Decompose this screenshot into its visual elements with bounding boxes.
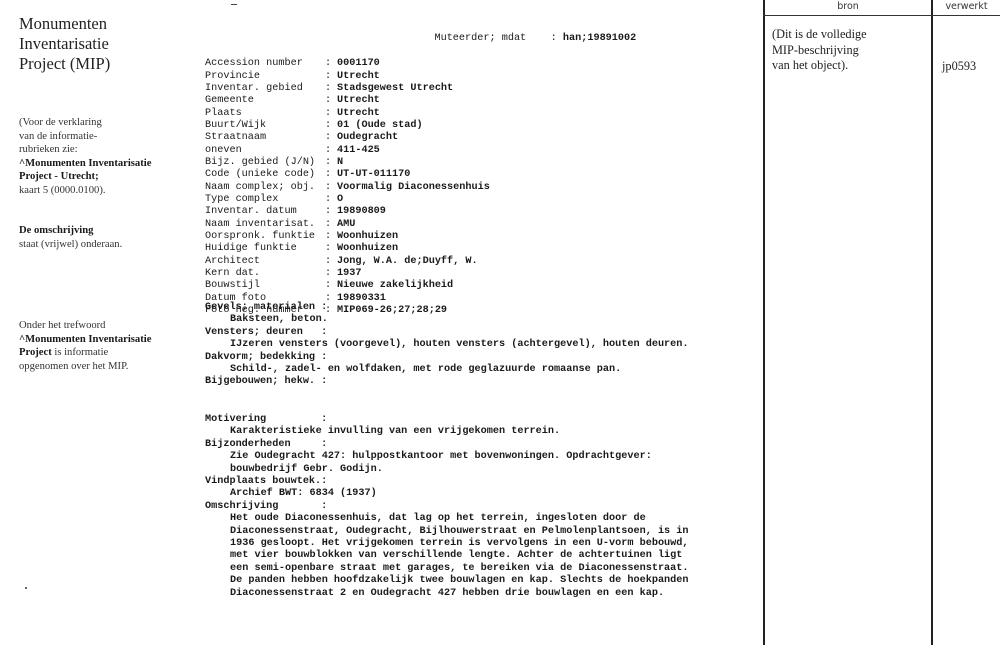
field-value: 0001170 [337,58,380,70]
field-value: Oudegracht [337,132,398,144]
record-fields: Muteerder; mdat : han;19891002 Accession… [205,21,745,330]
section-heading: Omschrijving : [205,501,689,513]
field-separator: : [325,83,337,95]
table-border-left [763,0,765,645]
record-field-row: Straatnaam:Oudegracht [205,132,745,144]
record-field-row: Huidige funktie:Woonhuizen [205,243,745,255]
field-label: Oorspronk. funktie [205,231,325,243]
field-label: Provincie [205,71,325,83]
field-value: 01 (Oude stad) [337,120,423,132]
field-value: Nieuwe zakelijkheid [337,280,453,292]
field-label: Buurt/Wijk [205,120,325,132]
record-field-row: Buurt/Wijk:01 (Oude stad) [205,120,745,132]
field-value: N [337,157,343,169]
document-title: Monumenten Inventarisatie Project (MIP) [19,14,194,74]
materials-sections: Gevels; materialen :Baksteen, beton.Vens… [205,302,689,389]
field-value: Utrecht [337,71,380,83]
dash-mark [231,4,237,5]
field-separator: : [325,280,337,292]
field-value: Stadsgewest Utrecht [337,83,453,95]
field-value: 411-425 [337,145,380,157]
field-separator: : [325,231,337,243]
record-field-row: Code (unieke code):UT-UT-011170 [205,169,745,181]
section-heading: Vensters; deuren : [205,327,689,339]
section-text: bouwbedrijf Gebr. Godijn. [205,464,689,476]
mutator-field: Muteerder; mdat : han;19891002 [410,21,636,58]
field-value: Utrecht [337,108,380,120]
section-heading: Motivering : [205,414,689,426]
field-label: Inventar. gebied [205,83,325,95]
field-separator: : [325,157,337,169]
section-heading: Vindplaats bouwtek.: [205,476,689,488]
field-label: Code (unieke code) [205,169,325,181]
section-text: De panden hebben hoofdzakelijk twee bouw… [205,575,689,587]
section-heading: Dakvorm; bedekking : [205,352,689,364]
field-label: Naam inventarisat. [205,219,325,231]
field-separator: : [325,243,337,255]
record-field-row: Gemeente:Utrecht [205,95,745,107]
field-label: Architect [205,256,325,268]
field-separator: : [325,206,337,218]
field-value: O [337,194,343,206]
description-sections: Motivering :Karakteristieke invulling va… [205,414,689,600]
field-value: AMU [337,219,355,231]
field-separator: : [325,95,337,107]
field-value: Utrecht [337,95,380,107]
section-text: Diaconessenstraat 2 en Oudegracht 427 he… [205,588,689,600]
section-heading: Gevels; materialen : [205,302,689,314]
field-label: Straatnaam [205,132,325,144]
section-text: IJzeren vensters (voorgevel), houten ven… [205,339,689,351]
section-text: Zie Oudegracht 427: hulppostkantoor met … [205,451,689,463]
field-separator: : [325,182,337,194]
field-label: Huidige funktie [205,243,325,255]
field-label: Naam complex; obj. [205,182,325,194]
field-label: Gemeente [205,95,325,107]
field-value: 19890809 [337,206,386,218]
field-separator: : [325,268,337,280]
left-margin: Monumenten Inventarisatie Project (MIP) … [19,14,194,74]
section-text: Diaconessenstraat, Oudegracht, Bijlhouwe… [205,526,689,538]
field-separator: : [325,58,337,70]
field-label: Plaats [205,108,325,120]
field-separator: : [325,219,337,231]
field-value: UT-UT-011170 [337,169,410,181]
verwerkt-cell: jp0593 [942,59,976,75]
speck-mark [25,587,27,589]
field-label: Type complex [205,194,325,206]
field-label: Bouwstijl [205,280,325,292]
record-field-row: Bijz. gebied (J/N):N [205,157,745,169]
section-text: Archief BWT: 6834 (1937) [205,488,689,500]
column-header-verwerkt: verwerkt [933,1,1000,12]
record-field-row: Inventar. datum:19890809 [205,206,745,218]
field-value: Woonhuizen [337,231,398,243]
field-value: Jong, W.A. de;Duyff, W. [337,256,478,268]
field-value: Woonhuizen [337,243,398,255]
field-separator: : [325,108,337,120]
section-text: 1936 gesloopt. Het vrijgekomen terrein i… [205,538,689,550]
keyword-note: Onder het trefwoord ^Monumenten Inventar… [19,319,151,373]
field-label: oneven [205,145,325,157]
field-label: Bijz. gebied (J/N) [205,157,325,169]
section-heading: Bijgebouwen; hekw. : [205,376,689,388]
section-text: met vier bouwblokken van verschillende l… [205,550,689,562]
table-header-rule [763,15,1000,16]
record-field-row: Bouwstijl:Nieuwe zakelijkheid [205,280,745,292]
field-separator: : [325,145,337,157]
section-heading: Bijzonderheden : [205,439,689,451]
field-label: Accession number [205,58,325,70]
record-field-row: Naam complex; obj.:Voormalig Diaconessen… [205,182,745,194]
bron-cell: (Dit is de volledige MIP-beschrijving va… [772,27,867,74]
field-value: Voormalig Diaconessenhuis [337,182,490,194]
record-field-row: Inventar. gebied:Stadsgewest Utrecht [205,83,745,95]
field-separator: : [325,256,337,268]
reference-link-text: ^Monumenten Inventarisatie [19,158,151,169]
record-field-row: Accession number:0001170 [205,58,745,70]
section-text: Baksteen, beton. [205,314,689,326]
section-text: Het oude Diaconessenhuis, dat lag op het… [205,513,689,525]
field-separator: : [325,71,337,83]
section-text: een semi-openbare straat met garages, te… [205,563,689,575]
field-value: 1937 [337,268,361,280]
source-table: bron verwerkt (Dit is de volledige MIP-b… [763,0,1000,649]
record-field-row: Type complex:O [205,194,745,206]
record-field-row: Architect:Jong, W.A. de;Duyff, W. [205,256,745,268]
field-separator: : [325,120,337,132]
section-text: Schild-, zadel- en wolfdaken, met rode g… [205,364,689,376]
description-location-note: De omschrijving staat (vrijwel) onderaan… [19,224,122,251]
table-border-mid [931,0,933,645]
field-label: Inventar. datum [205,206,325,218]
column-header-bron: bron [765,1,931,12]
info-reference-note: (Voor de verklaring van de informatie- r… [19,116,151,197]
field-list: Accession number:0001170Provincie:Utrech… [205,58,745,317]
record-field-row: Provincie:Utrecht [205,71,745,83]
field-separator: : [325,132,337,144]
field-label: Kern dat. [205,268,325,280]
field-separator: : [325,194,337,206]
section-text: Karakteristieke invulling van een vrijge… [205,426,689,438]
record-field-row: Oorspronk. funktie:Woonhuizen [205,231,745,243]
record-field-row: Naam inventarisat.:AMU [205,219,745,231]
record-field-row: Kern dat.:1937 [205,268,745,280]
record-field-row: Plaats:Utrecht [205,108,745,120]
field-separator: : [325,169,337,181]
record-field-row: oneven:411-425 [205,145,745,157]
